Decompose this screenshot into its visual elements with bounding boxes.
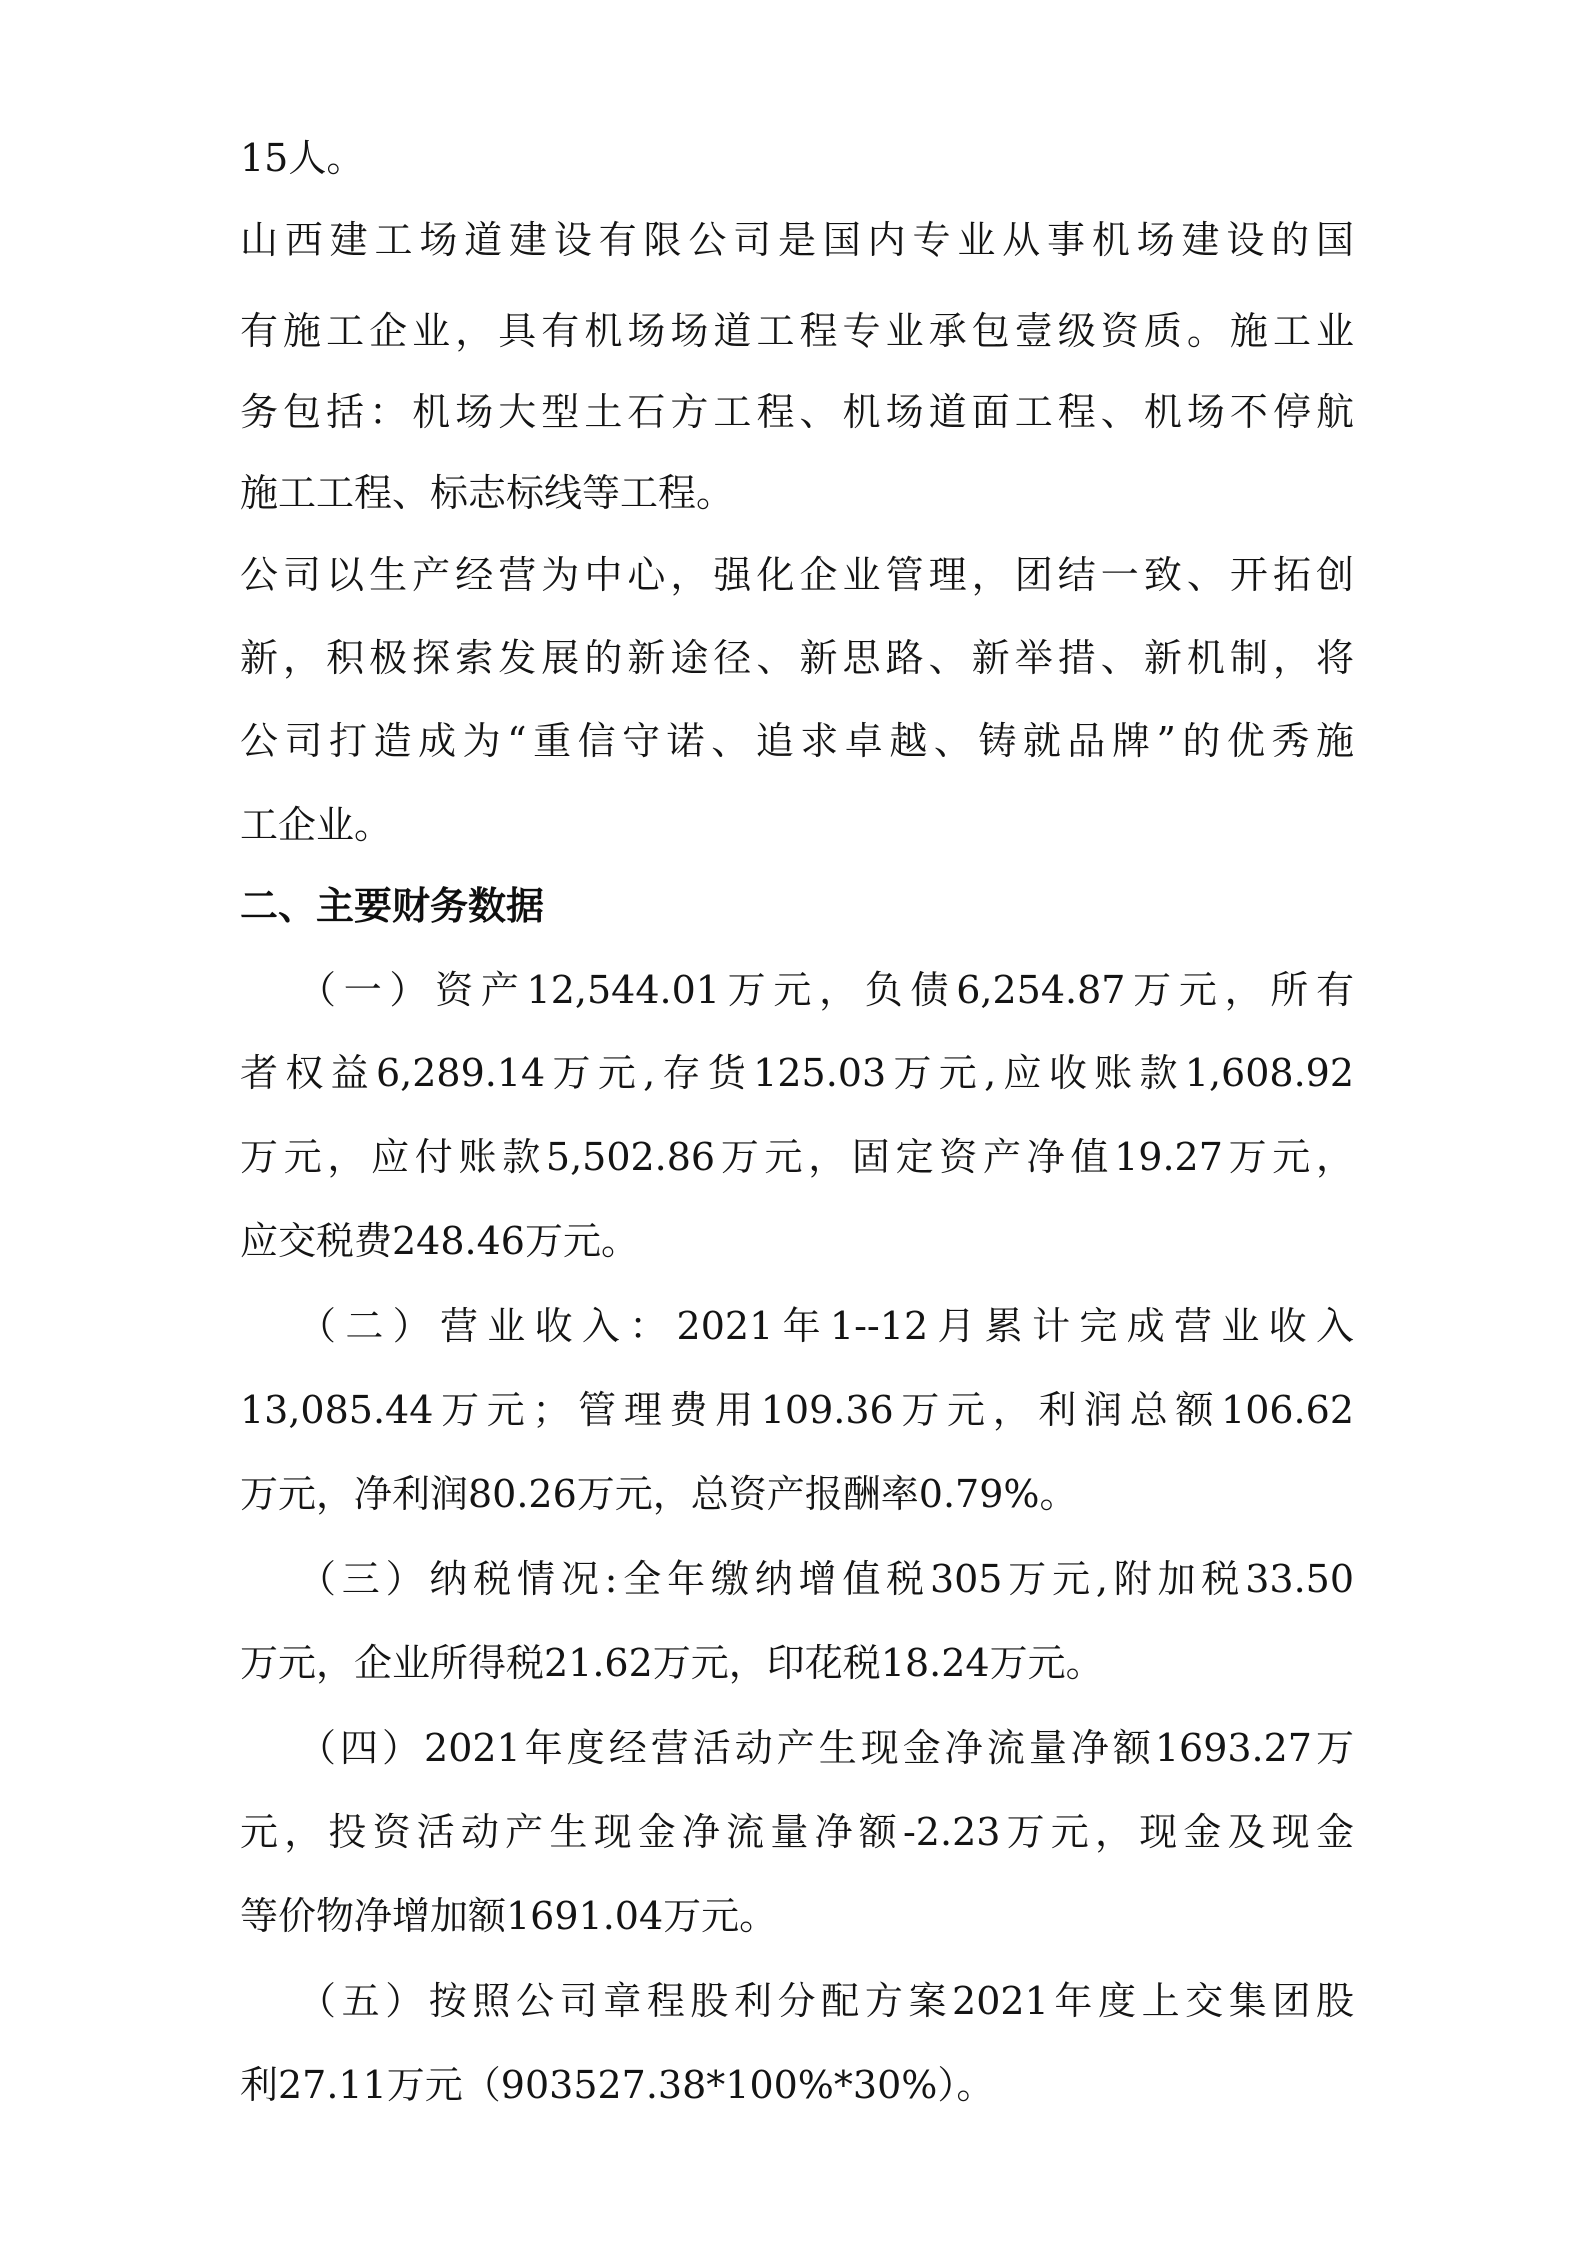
paragraph-line-dividend-1: （五）按照公司章程股利分配方案2021年度上交集团股 [298,1971,1354,2031]
paragraph-line-philosophy-2: 新，积极探索发展的新途径、新思路、新举措、新机制，将 [240,628,1354,688]
paragraph-line-company-intro-3: 务包括：机场大型土石方工程、机场道面工程、机场不停航 [240,382,1354,442]
paragraph-line-philosophy-4: 工企业。 [240,795,1354,855]
paragraph-line-taxes-1: （三）纳税情况:全年缴纳增值税305万元,附加税33.50 [298,1549,1354,1609]
document-page: 15人。 山西建工场道建设有限公司是国内专业从事机场建设的国 有施工企业，具有机… [0,0,1587,2245]
paragraph-line-employee-count: 15人。 [240,128,1354,188]
paragraph-line-balance-sheet-4: 应交税费248.46万元。 [240,1211,1354,1271]
paragraph-line-balance-sheet-3: 万元，应付账款5,502.86万元，固定资产净值19.27万元， [240,1127,1354,1187]
paragraph-line-company-intro-2: 有施工企业，具有机场场道工程专业承包壹级资质。施工业 [240,301,1354,361]
paragraph-line-dividend-2: 利27.11万元（903527.38*100%*30%）。 [240,2055,1354,2115]
paragraph-line-revenue-3: 万元，净利润80.26万元，总资产报酬率0.79%。 [240,1464,1354,1524]
paragraph-line-cash-flow-1: （四）2021年度经营活动产生现金净流量净额1693.27万 [298,1718,1354,1778]
paragraph-line-company-intro-1: 山西建工场道建设有限公司是国内专业从事机场建设的国 [240,210,1354,270]
paragraph-line-balance-sheet-1: （一）资产12,544.01万元，负债6,254.87万元，所有 [298,960,1354,1020]
section-heading-financial-data: 二、主要财务数据 [240,876,544,936]
paragraph-line-company-intro-4: 施工工程、标志标线等工程。 [240,463,1354,523]
paragraph-line-philosophy-1: 公司以生产经营为中心，强化企业管理，团结一致、开拓创 [240,545,1354,605]
paragraph-line-taxes-2: 万元，企业所得税21.62万元，印花税18.24万元。 [240,1633,1354,1693]
paragraph-line-revenue-1: （二）营业收入：2021年1--12月累计完成营业收入 [298,1296,1354,1356]
paragraph-line-revenue-2: 13,085.44万元；管理费用109.36万元，利润总额106.62 [240,1380,1354,1440]
paragraph-line-cash-flow-2: 元，投资活动产生现金净流量净额-2.23万元，现金及现金 [240,1802,1354,1862]
paragraph-line-balance-sheet-2: 者权益6,289.14万元,存货125.03万元,应收账款1,608.92 [240,1043,1354,1103]
paragraph-line-philosophy-3: 公司打造成为“重信守诺、追求卓越、铸就品牌”的优秀施 [240,711,1354,771]
paragraph-line-cash-flow-3: 等价物净增加额1691.04万元。 [240,1886,1354,1946]
